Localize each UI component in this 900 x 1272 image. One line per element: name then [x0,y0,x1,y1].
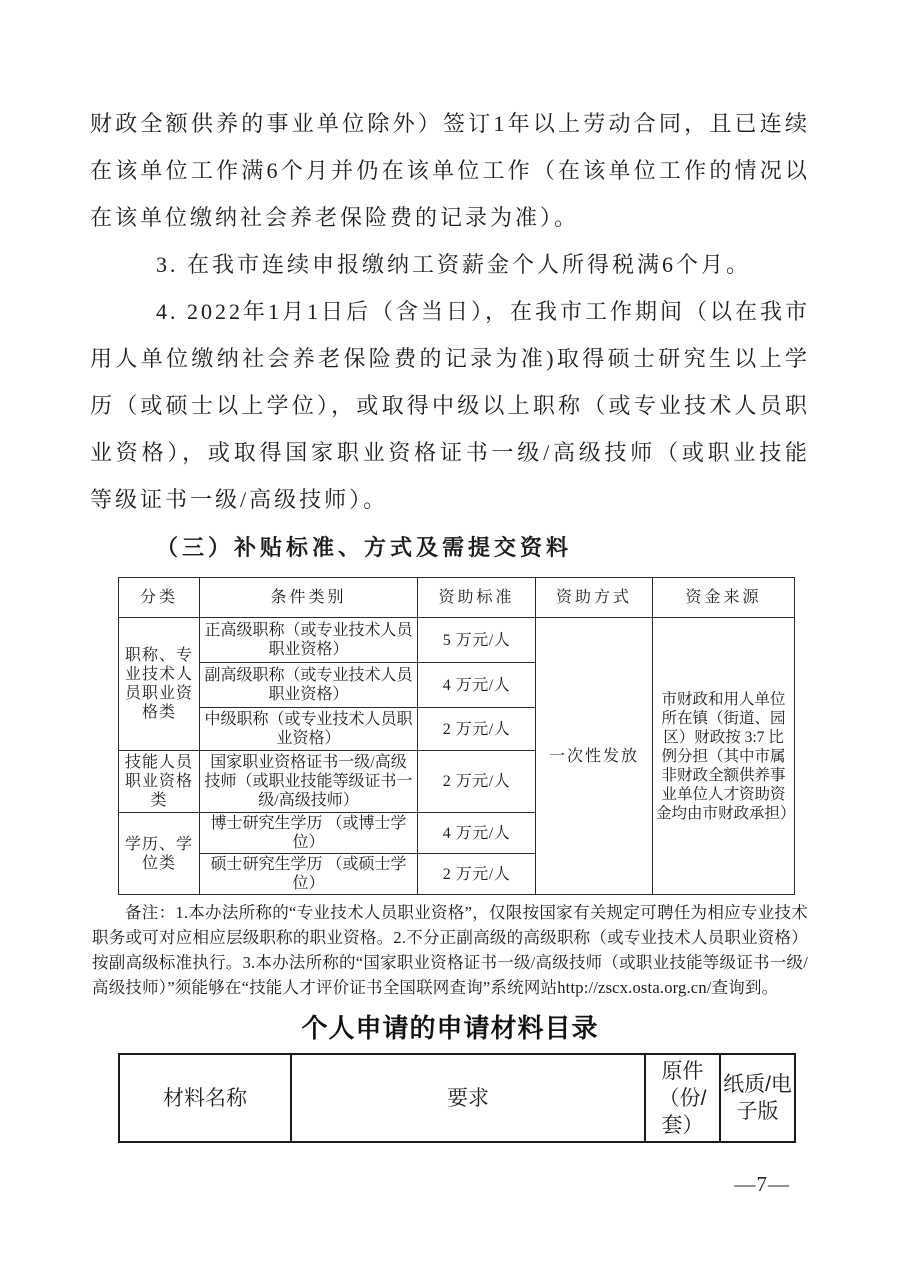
page-number: —7— [735,1172,791,1197]
subsidy-table: 分类 条件类别 资助标准 资助方式 资金来源 职称、专业技术人员职业资格类 正高… [118,577,795,895]
header-material-name: 材料名称 [119,1054,291,1142]
header-standard: 资助标准 [418,578,536,618]
paragraph-item-3: 3. 在我市连续申报缴纳工资薪金个人所得税满6个月。 [90,241,810,288]
materials-list-title: 个人申请的申请材料目录 [90,1008,810,1045]
header-requirement: 要求 [291,1054,645,1142]
table-row: 职称、专业技术人员职业资格类 正高级职称（或专业技术人员职业资格） 5 万元/人… [119,618,795,663]
document-content: 财政全额供养的事业单位除外）签订1年以上劳动合同，且已连续在该单位工作满6个月并… [0,0,900,1143]
condition-senior-title: 正高级职称（或专业技术人员职业资格） [200,618,418,663]
condition-vocational-certificate: 国家职业资格证书一级/高级技师（或职业技能等级证书一级/高级技师） [200,751,418,813]
section-heading: （三）补贴标准、方式及需提交资料 [90,525,810,571]
table-notes: 备注：1.本办法所称的“专业技术人员职业资格”，仅限按国家有关规定可聘任为相应专… [92,900,808,1000]
funding-source-cell: 市财政和用人单位所在镇（街道、园区）财政按 3:7 比例分担（其中市属非财政全额… [653,618,795,895]
materials-table-header-row: 材料名称 要求 原件（份/套） 纸质/电子版 [119,1054,795,1142]
paragraph-item-4: 4. 2022年1月1日后（含当日），在我市工作期间（以在我市用人单位缴纳社会养… [90,288,810,523]
header-method: 资助方式 [536,578,653,618]
standard-senior-title: 5 万元/人 [418,618,536,663]
paragraph-continuation: 财政全额供养的事业单位除外）签订1年以上劳动合同，且已连续在该单位工作满6个月并… [90,100,810,241]
materials-table: 材料名称 要求 原件（份/套） 纸质/电子版 [118,1053,796,1143]
standard-vocational-certificate: 2 万元/人 [418,751,536,813]
standard-intermediate-title: 2 万元/人 [418,708,536,751]
header-paper-electronic: 纸质/电子版 [720,1054,795,1142]
condition-deputy-senior-title: 副高级职称（或专业技术人员职业资格） [200,663,418,708]
header-condition: 条件类别 [200,578,418,618]
document-page: 财政全额供养的事业单位除外）签订1年以上劳动合同，且已连续在该单位工作满6个月并… [0,0,900,1272]
standard-deputy-senior-title: 4 万元/人 [418,663,536,708]
funding-method-cell: 一次性发放 [536,618,653,895]
condition-master: 硕士研究生学历 （或硕士学位） [200,854,418,895]
header-category: 分类 [119,578,200,618]
category-education-degree: 学历、学位类 [119,813,200,895]
category-skilled-personnel: 技能人员职业资格类 [119,751,200,813]
header-original-copies: 原件（份/套） [645,1054,720,1142]
condition-doctoral: 博士研究生学历 （或博士学位） [200,813,418,854]
header-source: 资金来源 [653,578,795,618]
condition-intermediate-title: 中级职称（或专业技术人员职业资格） [200,708,418,751]
standard-master: 2 万元/人 [418,854,536,895]
subsidy-table-header-row: 分类 条件类别 资助标准 资助方式 资金来源 [119,578,795,618]
category-professional-title: 职称、专业技术人员职业资格类 [119,618,200,751]
standard-doctoral: 4 万元/人 [418,813,536,854]
